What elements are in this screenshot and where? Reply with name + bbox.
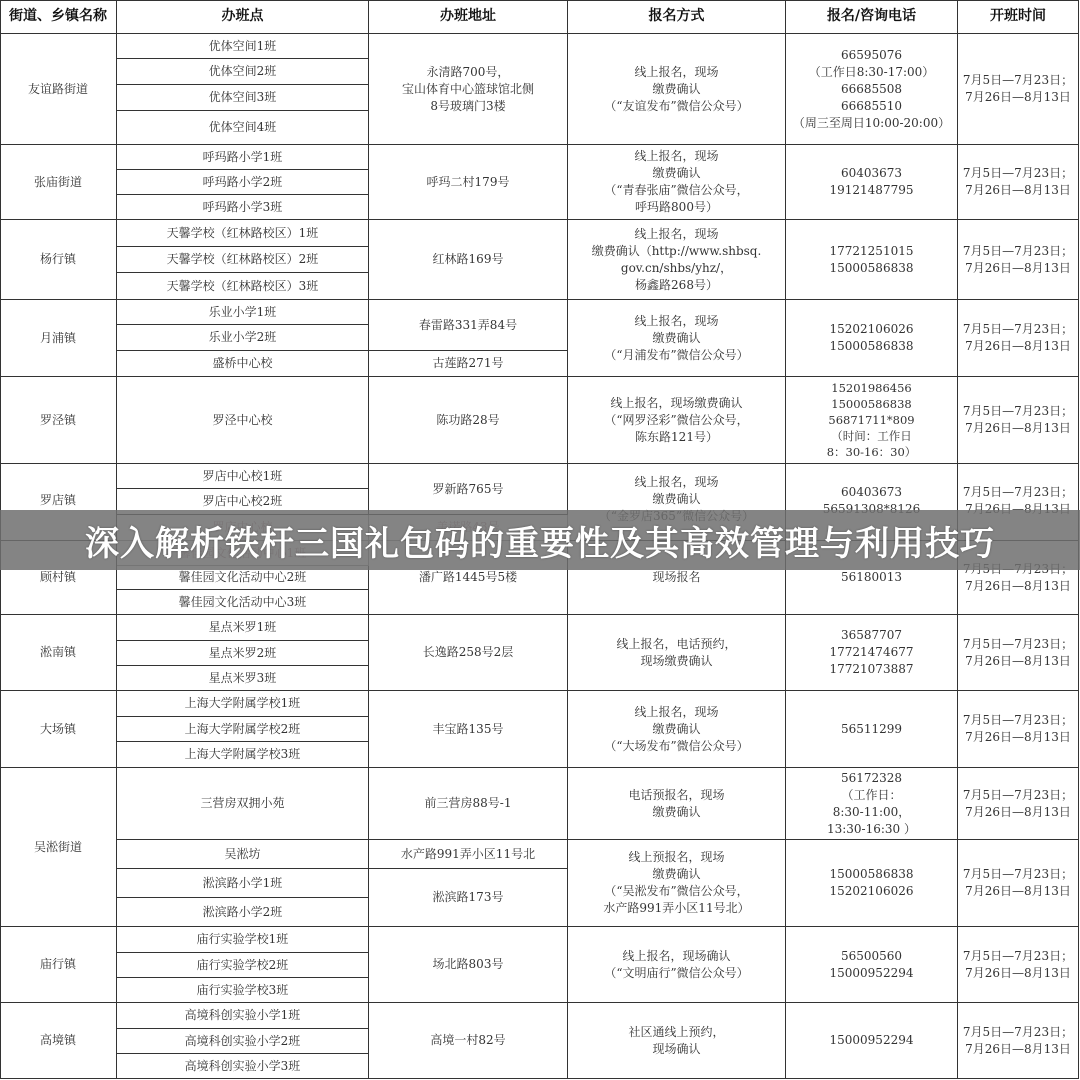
- address-cell: 前三营房88号-1: [369, 768, 568, 840]
- schedule-cell: 7月5日—7月23日； 7月26日—8月13日: [958, 300, 1079, 377]
- site-cell: 天馨学校（红林路校区）2班: [117, 247, 369, 273]
- site-cell: 庙行实验学校2班: [117, 953, 369, 978]
- site-cell: 淞滨路小学2班: [117, 898, 369, 927]
- district-cell: 淞南镇: [0, 615, 117, 691]
- address-cell: 淞滨路173号: [369, 869, 568, 927]
- method-cell: 线上报名，现场 缴费确认 （“大场发布”微信公众号）: [568, 691, 786, 768]
- address-cell: 陈功路28号: [369, 377, 568, 464]
- address-cell: 春雷路331弄84号: [369, 300, 568, 351]
- header-schedule: 开班时间: [958, 0, 1079, 34]
- site-cell: 吴淞坊: [117, 840, 369, 869]
- address-cell: 红林路169号: [369, 220, 568, 300]
- site-cell: 罗泾中心校: [117, 377, 369, 464]
- site-cell: 淞滨路小学1班: [117, 869, 369, 898]
- schedule-cell: 7月5日—7月23日； 7月26日—8月13日: [958, 927, 1079, 1003]
- district-cell: 罗泾镇: [0, 377, 117, 464]
- address-cell: 罗新路765号: [369, 464, 568, 515]
- schedule-cell: 7月5日—7月23日； 7月26日—8月13日: [958, 1003, 1079, 1079]
- site-cell: 乐业小学1班: [117, 300, 369, 325]
- phone-cell: 15201986456 15000586838 56871711*809 （时间…: [786, 377, 958, 464]
- phone-cell: 36587707 17721474677 17721073887: [786, 615, 958, 691]
- method-cell: 电话预报名，现场 缴费确认: [568, 768, 786, 840]
- site-cell: 优体空间3班: [117, 85, 369, 111]
- site-cell: 盛桥中心校: [117, 351, 369, 377]
- district-cell: 吴淞街道: [0, 768, 117, 927]
- district-cell: 友谊路街道: [0, 34, 117, 145]
- phone-cell: 15000952294: [786, 1003, 958, 1079]
- site-cell: 庙行实验学校1班: [117, 927, 369, 953]
- overlay-title: 深入解析铁杆三国礼包码的重要性及其高效管理与利用技巧: [85, 516, 995, 565]
- phone-cell: 66595076 （工作日8:30-17:00） 66685508 666855…: [786, 34, 958, 145]
- site-cell: 三营房双拥小苑: [117, 768, 369, 840]
- schedule-cell: 7月5日—7月23日； 7月26日—8月13日: [958, 34, 1079, 145]
- schedule-cell: 7月5日—7月23日； 7月26日—8月13日: [958, 768, 1079, 840]
- schedule-cell: 7月5日—7月23日； 7月26日—8月13日: [958, 691, 1079, 768]
- district-cell: 杨行镇: [0, 220, 117, 300]
- schedule-cell: 7月5日—7月23日； 7月26日—8月13日: [958, 377, 1079, 464]
- address-cell: 古莲路271号: [369, 351, 568, 377]
- site-cell: 优体空间4班: [117, 111, 369, 145]
- title-overlay-banner: 深入解析铁杆三国礼包码的重要性及其高效管理与利用技巧: [0, 510, 1080, 570]
- schedule-cell: 7月5日—7月23日； 7月26日—8月13日: [958, 615, 1079, 691]
- phone-cell: 56500560 15000952294: [786, 927, 958, 1003]
- method-cell: 线上报名，现场 缴费确认（http://www.shbsq. gov.cn/sh…: [568, 220, 786, 300]
- schedule-cell: 7月5日—7月23日； 7月26日—8月13日: [958, 840, 1079, 927]
- method-cell: 线上报名，现场 缴费确认 （“月浦发布”微信公众号）: [568, 300, 786, 377]
- site-cell: 优体空间2班: [117, 59, 369, 85]
- district-cell: 庙行镇: [0, 927, 117, 1003]
- header-address: 办班地址: [369, 0, 568, 34]
- phone-cell: 60403673 19121487795: [786, 145, 958, 220]
- district-cell: 张庙街道: [0, 145, 117, 220]
- method-cell: 线上报名，现场 缴费确认 （“青春张庙”微信公众号， 呼玛路800号）: [568, 145, 786, 220]
- header-phone: 报名/咨询电话: [786, 0, 958, 34]
- method-cell: 社区通线上预约， 现场确认: [568, 1003, 786, 1079]
- phone-cell: 56511299: [786, 691, 958, 768]
- site-cell: 上海大学附属学校3班: [117, 742, 369, 768]
- address-cell: 永清路700号， 宝山体育中心篮球馆北侧 8号玻璃门3楼: [369, 34, 568, 145]
- header-site: 办班点: [117, 0, 369, 34]
- method-cell: 线上报名，现场缴费确认 （“网罗泾彩”微信公众号， 陈东路121号）: [568, 377, 786, 464]
- address-cell: 丰宝路135号: [369, 691, 568, 768]
- address-cell: 水产路991弄小区11号北: [369, 840, 568, 869]
- site-cell: 上海大学附属学校1班: [117, 691, 369, 717]
- site-cell: 馨佳园文化活动中心3班: [117, 590, 369, 615]
- site-cell: 星点米罗3班: [117, 666, 369, 691]
- site-cell: 天馨学校（红林路校区）3班: [117, 273, 369, 300]
- address-cell: 长逸路258号2层: [369, 615, 568, 691]
- site-cell: 优体空间1班: [117, 34, 369, 59]
- phone-cell: 15000586838 15202106026: [786, 840, 958, 927]
- header-method: 报名方式: [568, 0, 786, 34]
- address-cell: 呼玛二村179号: [369, 145, 568, 220]
- site-cell: 上海大学附属学校2班: [117, 717, 369, 742]
- site-cell: 罗店中心校1班: [117, 464, 369, 489]
- method-cell: 线上报名，电话预约， 现场缴费确认: [568, 615, 786, 691]
- district-cell: 大场镇: [0, 691, 117, 768]
- header-district: 街道、乡镇名称: [0, 0, 117, 34]
- site-cell: 天馨学校（红林路校区）1班: [117, 220, 369, 247]
- site-cell: 高境科创实验小学3班: [117, 1054, 369, 1079]
- method-cell: 线上报名，现场确认 （“文明庙行”微信公众号）: [568, 927, 786, 1003]
- address-cell: 场北路803号: [369, 927, 568, 1003]
- site-cell: 高境科创实验小学1班: [117, 1003, 369, 1029]
- district-cell: 月浦镇: [0, 300, 117, 377]
- site-cell: 呼玛路小学2班: [117, 170, 369, 195]
- site-cell: 乐业小学2班: [117, 325, 369, 351]
- site-cell: 高境科创实验小学2班: [117, 1029, 369, 1054]
- site-cell: 庙行实验学校3班: [117, 978, 369, 1003]
- method-cell: 线上预报名，现场 缴费确认 （“吴淞发布”微信公众号， 水产路991弄小区11号…: [568, 840, 786, 927]
- method-cell: 线上报名，现场 缴费确认 （“友谊发布”微信公众号）: [568, 34, 786, 145]
- site-cell: 呼玛路小学1班: [117, 145, 369, 170]
- phone-cell: 56172328 （工作日： 8:30-11:00， 13:30-16:30 ）: [786, 768, 958, 840]
- schedule-cell: 7月5日—7月23日； 7月26日—8月13日: [958, 145, 1079, 220]
- phone-cell: 15202106026 15000586838: [786, 300, 958, 377]
- address-cell: 高境一村82号: [369, 1003, 568, 1079]
- site-cell: 星点米罗1班: [117, 615, 369, 641]
- site-cell: 呼玛路小学3班: [117, 195, 369, 220]
- schedule-cell: 7月5日—7月23日； 7月26日—8月13日: [958, 220, 1079, 300]
- district-cell: 高境镇: [0, 1003, 117, 1079]
- site-cell: 星点米罗2班: [117, 641, 369, 666]
- phone-cell: 17721251015 15000586838: [786, 220, 958, 300]
